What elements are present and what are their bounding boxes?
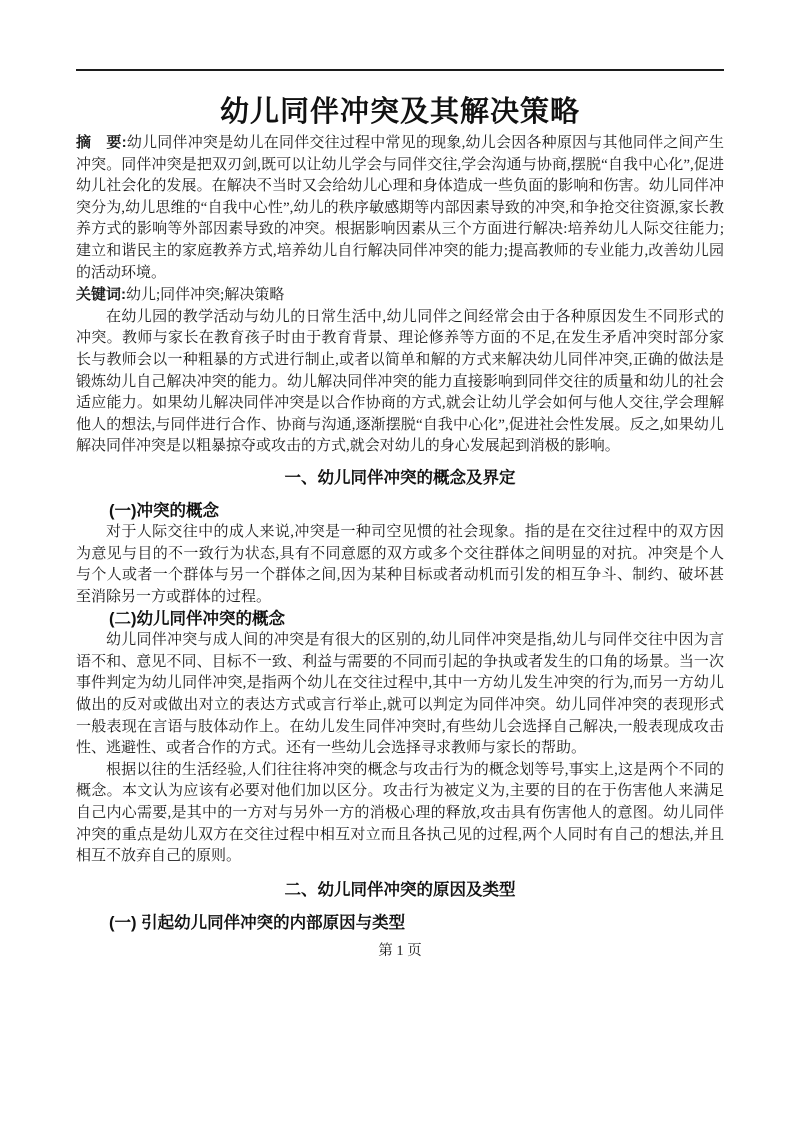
section-1-subsection-2-paragraph-1: 幼儿同伴冲突与成人间的冲突是有很大的区别的,幼儿同伴冲突是指,幼儿与同伴交往中因… (76, 630, 724, 760)
abstract-paragraph: 摘 要:幼儿同伴冲突是幼儿在同伴交往过程中常见的现象,幼儿会因各种原因与其他同伴… (76, 132, 724, 284)
keywords-line: 关键词:幼儿;同伴冲突;解决策略 (76, 284, 724, 307)
keywords-text: 幼儿;同伴冲突;解决策略 (126, 287, 284, 303)
section-1-subsection-1-paragraph: 对于人际交往中的成人来说,冲突是一种司空见惯的社会现象。指的是在交往过程中的双方… (76, 522, 724, 608)
page-number: 第 1 页 (76, 941, 724, 961)
keywords-label: 关键词: (76, 286, 126, 303)
paper-page: 幼儿同伴冲突及其解决策略 摘 要:幼儿同伴冲突是幼儿在同伴交往过程中常见的现象,… (0, 0, 800, 1132)
section-2-heading: 二、幼儿同伴冲突的原因及类型 (76, 878, 724, 902)
section-1-subsection-2-heading: (二)幼儿同伴冲突的概念 (76, 608, 724, 630)
section-2-subsection-1-heading: (一) 引起幼儿同伴冲突的内部原因与类型 (76, 912, 724, 934)
abstract-label: 摘 要: (76, 134, 127, 151)
paper-title: 幼儿同伴冲突及其解决策略 (76, 92, 724, 132)
introduction-paragraph: 在幼儿园的教学活动与幼儿的日常生活中,幼儿同伴之间经常会由于各种原因发生不同形式… (76, 307, 724, 458)
section-1-subsection-2-paragraph-2: 根据以往的生活经验,人们往往将冲突的概念与攻击行为的概念划等号,事实上,这是两个… (76, 760, 724, 868)
section-1-heading: 一、幼儿同伴冲突的概念及界定 (76, 466, 724, 490)
abstract-text: 幼儿同伴冲突是幼儿在同伴交往过程中常见的现象,幼儿会因各种原因与其他同伴之间产生… (76, 135, 724, 281)
header-rule (76, 69, 724, 71)
section-1-subsection-1-heading: (一)冲突的概念 (76, 500, 724, 522)
